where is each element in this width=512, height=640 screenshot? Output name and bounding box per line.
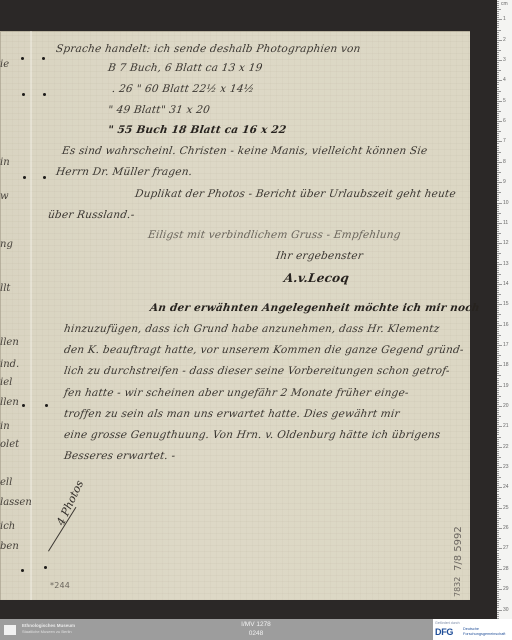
ruler-tick xyxy=(497,52,499,53)
ruler-tick xyxy=(497,471,499,472)
ruler-tick xyxy=(497,205,499,206)
ruler-label: 23 xyxy=(503,464,509,470)
ruler-label: 9 xyxy=(503,179,506,185)
ruler-tick xyxy=(497,60,502,61)
ruler-tick xyxy=(497,103,499,104)
ruler-tick xyxy=(497,27,499,28)
ruler-tick xyxy=(497,530,499,531)
ruler-tick xyxy=(497,445,499,446)
ruler-tick xyxy=(497,581,499,582)
punch-hole xyxy=(42,57,45,60)
dfg-name: Deutsche Forschungsgemeinschaft xyxy=(463,627,505,637)
letter-line: Duplikat der Photos - Bericht über Urlau… xyxy=(134,188,456,200)
edge-fragment: lassen xyxy=(0,497,32,508)
ruler-tick xyxy=(497,123,499,124)
ruler-tick xyxy=(497,323,499,324)
ruler-tick xyxy=(497,479,499,480)
ruler-tick xyxy=(497,548,502,549)
ruler-tick xyxy=(497,331,499,332)
ruler-tick xyxy=(497,312,499,313)
ruler-tick xyxy=(497,473,499,474)
ruler-tick xyxy=(497,292,499,293)
ruler-tick xyxy=(497,129,499,130)
ruler-tick xyxy=(497,245,499,246)
ruler-tick xyxy=(497,384,499,385)
ruler-tick xyxy=(497,361,499,362)
ruler-tick xyxy=(497,158,499,159)
punch-hole xyxy=(22,93,25,96)
ruler-tick xyxy=(497,599,501,600)
ruler-tick xyxy=(497,489,499,490)
ruler-tick xyxy=(497,605,499,606)
ruler-tick xyxy=(497,477,501,478)
ruler-tick xyxy=(497,481,499,482)
ruler-tick xyxy=(497,518,501,519)
ruler-tick xyxy=(497,612,499,613)
ruler-tick xyxy=(497,184,499,185)
ruler-tick xyxy=(497,56,499,57)
ruler-tick xyxy=(497,188,499,189)
ruler-tick xyxy=(497,127,499,128)
ruler-tick xyxy=(497,321,499,322)
ruler-tick xyxy=(497,259,499,260)
ruler-tick xyxy=(497,255,499,256)
ruler-label: 20 xyxy=(503,403,509,409)
ruler-tick xyxy=(497,428,499,429)
ruler-tick xyxy=(497,534,499,535)
ruler-tick xyxy=(497,286,499,287)
ruler-tick xyxy=(497,34,499,35)
ruler-tick xyxy=(497,264,502,265)
ruler-tick xyxy=(497,194,499,195)
ruler-tick xyxy=(497,434,499,435)
postscript-line: fen hatte - wir scheinen aber ungefähr 2… xyxy=(63,387,409,399)
ruler-tick xyxy=(497,257,499,258)
ruler-tick xyxy=(497,113,499,114)
ruler-tick xyxy=(497,93,499,94)
ruler-tick xyxy=(497,583,499,584)
ruler-tick xyxy=(497,406,502,407)
ruler-tick xyxy=(497,262,499,263)
edge-fragment: olet xyxy=(0,439,19,450)
ruler-tick xyxy=(497,373,499,374)
edge-fragment: llt xyxy=(0,283,10,294)
ruler-tick xyxy=(497,453,499,454)
punch-hole xyxy=(44,566,47,569)
ruler-tick xyxy=(497,439,499,440)
ruler-tick xyxy=(497,559,501,560)
ruler-tick xyxy=(497,111,501,112)
edge-fragment: ich xyxy=(0,521,15,532)
ruler-tick xyxy=(497,449,499,450)
ruler-label: 25 xyxy=(503,505,509,511)
edge-fragment: ie xyxy=(0,59,9,70)
ruler-tick xyxy=(497,109,499,110)
page-number: *244 xyxy=(50,581,70,590)
ruler-tick xyxy=(497,174,499,175)
ruler-tick xyxy=(497,526,499,527)
ruler-tick xyxy=(497,223,502,224)
ruler-tick xyxy=(497,367,499,368)
ruler-tick xyxy=(497,221,499,222)
ruler-tick xyxy=(497,475,499,476)
letter-line: . 26 " 60 Blatt 22½ x 14½ xyxy=(111,83,255,95)
ruler-tick xyxy=(497,38,499,39)
ruler-tick xyxy=(497,87,499,88)
ruler-tick xyxy=(497,432,499,433)
ruler-tick xyxy=(497,46,499,47)
ruler-tick xyxy=(497,209,499,210)
ruler-tick xyxy=(497,455,499,456)
ruler-tick xyxy=(497,304,502,305)
ruler-tick xyxy=(497,243,502,244)
ruler-tick xyxy=(497,95,499,96)
ruler-tick xyxy=(497,565,499,566)
ruler-tick xyxy=(497,70,501,71)
ruler-tick xyxy=(497,416,501,417)
ruler-tick xyxy=(497,410,499,411)
ruler-tick xyxy=(497,469,499,470)
ruler-tick xyxy=(497,465,499,466)
ruler-tick xyxy=(497,11,499,12)
ruler-tick xyxy=(497,420,499,421)
dfg-name-line2: Forschungsgemeinschaft xyxy=(463,632,505,636)
ruler-tick xyxy=(497,485,499,486)
ruler-tick xyxy=(497,176,499,177)
dfg-sponsor-panel: Gefördert durch DFG Deutsche Forschungsg… xyxy=(433,619,512,640)
ruler-tick xyxy=(497,78,499,79)
ruler-tick xyxy=(497,557,499,558)
ruler-tick xyxy=(497,42,499,43)
ruler-tick xyxy=(497,203,502,204)
ruler-tick xyxy=(497,268,499,269)
ruler-tick xyxy=(497,227,499,228)
ruler-tick xyxy=(497,19,502,20)
ruler-tick xyxy=(497,156,499,157)
signature: A.v.Lecoq xyxy=(283,271,350,285)
ruler-label: 8 xyxy=(503,159,506,165)
ruler-tick xyxy=(497,284,502,285)
ruler-tick xyxy=(497,233,501,234)
ruler-tick xyxy=(497,274,501,275)
ruler-tick xyxy=(497,131,501,132)
ruler-tick xyxy=(497,84,499,85)
ruler-tick xyxy=(497,502,499,503)
ruler-tick xyxy=(497,186,499,187)
ruler-tick xyxy=(497,412,499,413)
ruler-tick xyxy=(497,536,499,537)
ruler-tick xyxy=(497,82,499,83)
ruler-tick xyxy=(497,451,499,452)
ruler-tick xyxy=(497,339,499,340)
ruler-tick xyxy=(497,506,499,507)
ruler-tick xyxy=(497,394,499,395)
ruler-tick xyxy=(497,388,499,389)
punch-hole xyxy=(45,404,48,407)
ruler-tick xyxy=(497,235,499,236)
edge-fragment: iel xyxy=(0,377,12,388)
postscript-line: troffen zu sein als man uns erwartet hat… xyxy=(63,408,400,420)
ruler-tick xyxy=(497,337,499,338)
ruler-tick xyxy=(497,25,499,26)
ruler-tick xyxy=(497,396,501,397)
ruler-tick xyxy=(497,76,499,77)
ruler-tick xyxy=(497,567,499,568)
ruler-tick xyxy=(497,74,499,75)
ruler-tick xyxy=(497,577,499,578)
ruler-tick xyxy=(497,64,499,65)
ruler-tick xyxy=(497,610,502,611)
ruler-tick xyxy=(497,30,501,31)
ruler-tick xyxy=(497,276,499,277)
ruler-tick xyxy=(497,15,499,16)
ruler-tick xyxy=(497,9,501,10)
ruler-label: 22 xyxy=(503,444,509,450)
ruler-tick xyxy=(497,587,499,588)
ruler-tick xyxy=(497,325,502,326)
ruler-tick xyxy=(497,422,499,423)
ruler-label: 3 xyxy=(503,57,506,63)
ruler-tick xyxy=(497,288,499,289)
ruler-label: 24 xyxy=(503,484,509,490)
ruler-tick xyxy=(497,459,499,460)
ruler-tick xyxy=(497,404,499,405)
edge-fragment: llen xyxy=(0,337,19,348)
ruler-tick xyxy=(497,585,499,586)
ruler-tick xyxy=(497,524,499,525)
postscript-line: lich zu durchstreifen - dass dieser sein… xyxy=(63,365,450,377)
ruler-tick xyxy=(497,314,501,315)
ruler-tick xyxy=(497,162,502,163)
ruler-tick xyxy=(497,553,499,554)
ruler-tick xyxy=(497,80,502,81)
postscript-line: den K. beauftragt hatte, vor unserem Kom… xyxy=(63,344,464,356)
ruler-tick xyxy=(497,467,502,468)
ruler-label: 30 xyxy=(503,607,509,613)
ruler-tick xyxy=(497,496,499,497)
ruler-label: 1 xyxy=(503,16,506,22)
ruler-tick xyxy=(497,544,499,545)
closing-salutation: Ihr ergebenster xyxy=(275,250,364,262)
postscript-line: hinzuzufügen, dass ich Grund habe anzune… xyxy=(63,323,440,335)
ruler-tick xyxy=(497,441,499,442)
ruler-tick xyxy=(497,306,499,307)
edge-fragment: ng xyxy=(0,239,13,250)
ruler-tick xyxy=(497,363,499,364)
ruler-tick xyxy=(497,483,499,484)
ruler-tick xyxy=(497,504,499,505)
ruler-tick xyxy=(497,160,499,161)
ruler-tick xyxy=(497,355,501,356)
ruler-tick xyxy=(497,359,499,360)
ruler-tick xyxy=(497,333,499,334)
postscript-line: eine grosse Genugthuung. Von Hrn. v. Old… xyxy=(63,429,441,441)
postscript-line: An der erwähnten Angelegenheit möchte ic… xyxy=(149,302,480,314)
ruler-tick xyxy=(497,253,501,254)
ruler-tick xyxy=(497,68,499,69)
ruler-tick xyxy=(497,510,499,511)
ruler-tick xyxy=(497,430,499,431)
ruler-label: 27 xyxy=(503,545,509,551)
pencil-archive-number: 7832 xyxy=(453,577,462,597)
ruler-tick xyxy=(497,522,499,523)
ruler-tick xyxy=(497,380,499,381)
ruler-tick xyxy=(497,152,501,153)
ruler-tick xyxy=(497,378,499,379)
punch-hole xyxy=(22,404,25,407)
ruler-tick xyxy=(497,225,499,226)
ruler-tick xyxy=(497,308,499,309)
ruler-tick xyxy=(497,178,499,179)
ruler-tick xyxy=(497,318,499,319)
letter-line: Sprache handelt: ich sende deshalb Photo… xyxy=(55,43,361,55)
ruler-tick xyxy=(497,300,499,301)
ruler-label: 12 xyxy=(503,240,509,246)
ruler-tick xyxy=(497,247,499,248)
ruler-tick xyxy=(497,402,499,403)
ruler-tick xyxy=(497,443,499,444)
ruler-tick xyxy=(497,571,499,572)
ruler-tick xyxy=(497,335,501,336)
ruler-tick xyxy=(497,310,499,311)
closing-line: Eiligst mit verbindlichem Gruss - Empfeh… xyxy=(147,229,401,241)
ruler-tick xyxy=(497,349,499,350)
ruler-tick xyxy=(497,569,502,570)
ruler-tick xyxy=(497,272,499,273)
edge-fragment: ell xyxy=(0,477,12,488)
edge-fragment: ben xyxy=(0,541,19,552)
edge-fragment: ind. xyxy=(0,359,19,370)
ruler-tick xyxy=(497,62,499,63)
ruler-tick xyxy=(497,290,499,291)
punch-hole xyxy=(23,176,26,179)
ruler-label: 2 xyxy=(503,37,506,43)
ruler-tick xyxy=(497,133,499,134)
ruler-tick xyxy=(497,365,502,366)
dfg-supported-label: Gefördert durch xyxy=(435,621,460,625)
letter-page: ie in w ng llt llen ind. iel llen in ole… xyxy=(0,31,470,600)
ruler-tick xyxy=(497,520,499,521)
ruler-tick xyxy=(497,115,499,116)
ruler-tick xyxy=(497,7,499,8)
ruler-tick xyxy=(497,239,499,240)
footer-bar: Ethnologisches Museum Staatliche Museen … xyxy=(0,619,512,640)
measurement-ruler: cm 1234567891011121314151617181920212223… xyxy=(497,0,512,619)
ruler-tick xyxy=(497,154,499,155)
ruler-tick xyxy=(497,550,499,551)
ruler-tick xyxy=(497,217,499,218)
ruler-tick xyxy=(497,408,499,409)
ruler-tick xyxy=(497,463,499,464)
ruler-tick xyxy=(497,5,499,6)
ruler-label: 19 xyxy=(503,383,509,389)
punch-hole xyxy=(43,93,46,96)
ruler-tick xyxy=(497,99,499,100)
ruler-tick xyxy=(497,437,501,438)
ruler-tick xyxy=(497,91,501,92)
ruler-tick xyxy=(497,148,499,149)
ruler-tick xyxy=(497,392,499,393)
ruler-tick xyxy=(497,266,499,267)
ruler-tick xyxy=(497,143,499,144)
ruler-tick xyxy=(497,48,499,49)
ruler-tick xyxy=(497,101,502,102)
edge-fragment: llen xyxy=(0,397,19,408)
ruler-tick xyxy=(497,182,502,183)
ruler-tick xyxy=(497,207,499,208)
ruler-tick xyxy=(497,426,502,427)
ruler-label: 10 xyxy=(503,200,509,206)
ruler-tick xyxy=(497,369,499,370)
ruler-unit-label: cm xyxy=(501,1,508,7)
ruler-tick xyxy=(497,150,499,151)
ruler-tick xyxy=(497,121,502,122)
letter-line: über Russland.- xyxy=(47,209,135,221)
ruler-tick xyxy=(497,347,499,348)
ruler-tick xyxy=(497,105,499,106)
ruler-tick xyxy=(497,107,499,108)
ruler-tick xyxy=(497,139,499,140)
ruler-tick xyxy=(497,487,502,488)
ruler-tick xyxy=(497,398,499,399)
ruler-tick xyxy=(497,343,499,344)
ruler-tick xyxy=(497,1,499,2)
ruler-tick xyxy=(497,72,499,73)
ruler-tick xyxy=(497,329,499,330)
ruler-label: 14 xyxy=(503,281,509,287)
ruler-tick xyxy=(497,457,501,458)
letter-line: Herrn Dr. Müller fragen. xyxy=(55,166,193,178)
paper-fold xyxy=(30,31,32,600)
ruler-tick xyxy=(497,494,499,495)
ruler-label: 18 xyxy=(503,362,509,368)
punch-hole xyxy=(43,176,46,179)
ruler-tick xyxy=(497,13,499,14)
ruler-tick xyxy=(497,461,499,462)
ruler-tick xyxy=(497,172,501,173)
ruler-tick xyxy=(497,498,501,499)
ruler-tick xyxy=(497,601,499,602)
ruler-tick xyxy=(497,117,499,118)
ruler-tick xyxy=(497,589,502,590)
ruler-tick xyxy=(497,58,499,59)
ruler-tick xyxy=(497,563,499,564)
ruler-tick xyxy=(497,54,499,55)
ruler-tick xyxy=(497,561,499,562)
ruler-tick xyxy=(497,375,501,376)
ruler-tick xyxy=(497,50,501,51)
edge-fragment: in xyxy=(0,421,10,432)
ruler-tick xyxy=(497,213,501,214)
ruler-tick xyxy=(497,371,499,372)
pencil-inventory-number: 7/8 5992 xyxy=(453,526,464,571)
ruler-tick xyxy=(497,316,499,317)
ruler-label: 4 xyxy=(503,77,506,83)
ruler-tick xyxy=(497,341,499,342)
ruler-tick xyxy=(497,386,502,387)
ruler-tick xyxy=(497,516,499,517)
ruler-tick xyxy=(497,532,499,533)
letter-line: " 49 Blatt" 31 x 20 xyxy=(107,104,211,116)
letter-line: Es sind wahrscheinl. Christen - keine Ma… xyxy=(61,145,428,157)
ruler-tick xyxy=(497,119,499,120)
ruler-label: 26 xyxy=(503,525,509,531)
ruler-tick xyxy=(497,32,499,33)
ruler-tick xyxy=(497,514,499,515)
ruler-tick xyxy=(497,296,499,297)
ruler-tick xyxy=(497,141,502,142)
postscript-line: Besseres erwartet. - xyxy=(63,450,176,462)
